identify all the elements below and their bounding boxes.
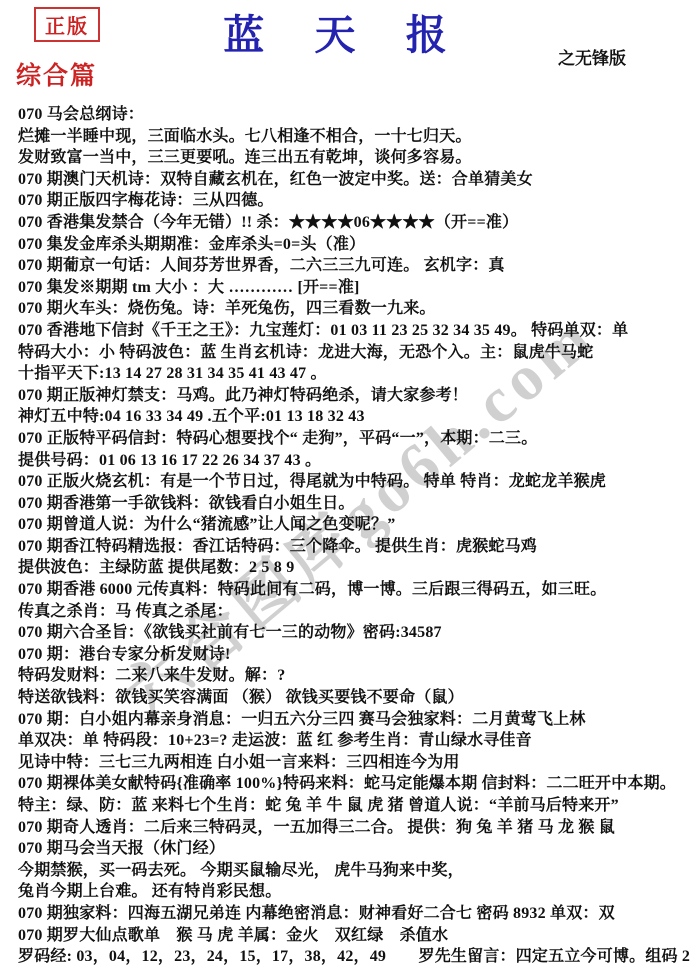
text-line: 070 期葡京一句话：人间芬芳世界香，二六三三九可连。 玄机字：真: [18, 255, 686, 277]
text-line: 见诗中特：三七三九两相连 白小姐一言来料：三四相连今为用: [18, 752, 686, 774]
text-line: 罗码经: 03，04，12，23，24，15，17，38，42，49 罗先生留言…: [18, 946, 686, 967]
content-lines: 070 马会总纲诗：烂摊一半睡中现，三面临水头。七八相逢不相合，一十七归天。发财…: [18, 104, 686, 967]
text-line: 单双决：单 特码段：10+23=? 走运波：蓝 红 参考生肖：青山绿水寻佳音: [18, 730, 686, 752]
text-line: 070 期香江特码精选报：香江话特码：三个降伞。 提供生肖：虎猴蛇马鸡: [18, 536, 686, 558]
text-line: 070 马会总纲诗：: [18, 104, 686, 126]
text-line: 070 期曾道人说：为什么“猪流感”让人闻之色变呢？”: [18, 514, 686, 536]
text-line: 070 期裸体美女献特码{准确率 100%}特码来料：蛇马定能爆本期 信封料：二…: [18, 773, 686, 795]
text-line: 烂摊一半睡中现，三面临水头。七八相逢不相合，一十七归天。: [18, 126, 686, 148]
text-line: 070 期澳门天机诗：双特自藏玄机在，红色一波定中奖。送：合单猜美女: [18, 169, 686, 191]
text-line: 神灯五中特:04 16 33 34 49 .五个平:01 13 18 32 43: [18, 406, 686, 428]
text-line: 传真之杀肖：马 传真之杀尾：: [18, 601, 686, 623]
text-line: 070 期罗大仙点歌单 猴 马 虎 羊属：金火 双红绿 杀值水: [18, 925, 686, 947]
text-line: 特码发财料：二来八来牛发财。解：?: [18, 665, 686, 687]
text-line: 特主：绿、防：蓝 来料七个生肖：蛇 兔 羊 牛 鼠 虎 猪 曾道人说：“羊前马后…: [18, 795, 686, 817]
text-line: 070 香港地下信封《千王之王》：九宝莲灯：01 03 11 23 25 32 …: [18, 320, 686, 342]
text-line: 今期禁猴，买一码去死。 今期买鼠输尽光， 虎牛马狗来中奖，: [18, 860, 686, 882]
text-line: 兔肖今期上台难。 还有特肖彩民想。: [18, 881, 686, 903]
edition-label: 之无锋版: [558, 44, 626, 69]
text-line: 070 香港集发禁合（今年无错）!! 杀：★★★★06★★★★（开==准）: [18, 212, 686, 234]
text-line: 070 正版火烧玄机：有是一个节日过，得尾就为中特码。 特单 特肖：龙蛇龙羊猴虎: [18, 471, 686, 493]
section-title: 综合篇: [16, 56, 97, 92]
text-line: 070 集发金库杀头期期准：金库杀头=0=头（准）: [18, 234, 686, 256]
text-line: 070 期正版四字梅花诗：三从四德。: [18, 190, 686, 212]
text-line: 070 期：港台专家分析发财诗!: [18, 644, 686, 666]
text-line: 070 期正版神灯禁支：马鸡。此乃神灯特码绝杀，请大家参考！: [18, 385, 686, 407]
text-line: 特码大小：小 特码波色：蓝 生肖玄机诗：龙进大海，无恐个入。主：鼠虎牛马蛇: [18, 342, 686, 364]
text-line: 提供波色：主绿防蓝 提供尾数：2 5 8 9: [18, 557, 686, 579]
text-line: 070 期六合圣旨：《欲钱买社前有七一三的动物》密码:34587: [18, 622, 686, 644]
text-line: 070 期奇人透肖：二后来三特码灵，一五加得三二合。 提供：狗 兔 羊 猪 马 …: [18, 817, 686, 839]
text-line: 070 集发※期期 tm 大小 ：大 ………… [开==准]: [18, 277, 686, 299]
text-line: 特送欲钱料：欲钱买笑容满面 （猴） 欲钱买要钱不要命（鼠）: [18, 687, 686, 709]
text-line: 070 期香港第一手欲钱料：欲钱看白小姐生日。: [18, 493, 686, 515]
text-line: 发财致富一当中，三三更要吼。连三出五有乾坤，谈何多容易。: [18, 147, 686, 169]
text-line: 070 期：白小姐内幕亲身消息：一归五六分三四 赛马会独家料：二月黄莺飞上林: [18, 709, 686, 731]
text-line: 070 正版特平码信封：特码心想要找个“ 走狗”，平码“一”，本期：二三。: [18, 428, 686, 450]
text-line: 070 期独家料：四海五湖兄弟连 内幕绝密消息：财神看好二合七 密码 8932 …: [18, 903, 686, 925]
text-line: 提供号码：01 06 13 16 17 22 26 34 37 43 。: [18, 450, 686, 472]
text-line: 070 期马会当天报（休门经）: [18, 838, 686, 860]
text-line: 070 期火车头：烧伤兔。诗：羊死兔伤，四三看数一九来。: [18, 298, 686, 320]
text-line: 070 期香港 6000 元传真料：特码此间有二码，博一博。三后跟三得码五，如三…: [18, 579, 686, 601]
text-line: 十指平天下:13 14 27 28 31 34 35 41 43 47 。: [18, 363, 686, 385]
